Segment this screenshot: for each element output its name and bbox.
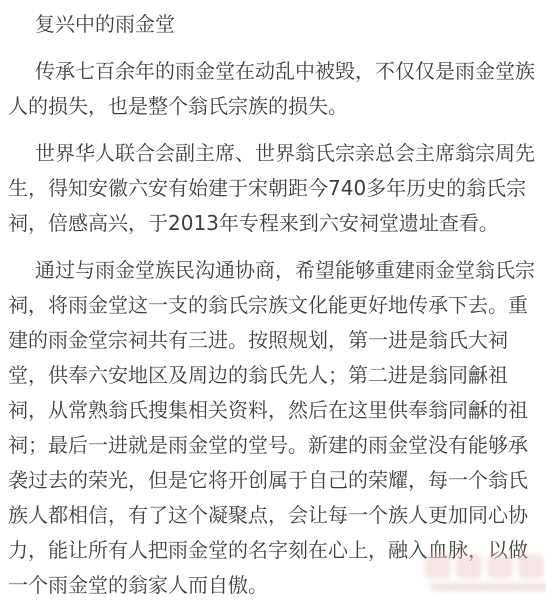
paragraph-3-line-10: 一个雨金堂的翁家人而自傲。 <box>8 568 538 603</box>
article-page: 复兴中的雨金堂 传承七百余年的雨金堂在动乱中被毁，不仅仅是雨金堂族 人的损失，也… <box>0 0 546 608</box>
paragraph-1-line-1: 传承七百余年的雨金堂在动乱中被毁，不仅仅是雨金堂族 <box>8 54 538 89</box>
paragraph-3-line-7: 袭过去的荣光，但是它将开创属于自己的荣耀，每一个翁氏 <box>8 463 538 498</box>
paragraph-2: 世界华人联合会副主席、世界翁氏宗亲总会主席翁宗周先 生，得知安徽六安有始建于宋朝… <box>8 136 538 241</box>
paragraph-2-line-3: 祠，倍感高兴，于2013年专程来到六安祠堂遗址查看。 <box>8 206 538 241</box>
paragraph-3-line-2: 祠，将雨金堂这一支的翁氏宗族文化能更好地传承下去。重 <box>8 288 538 323</box>
paragraph-3-line-8: 族人都相信，有了这个凝聚点，会让每一个族人更加同心协 <box>8 498 538 533</box>
paragraph-3-line-1: 通过与雨金堂族民沟通协商，希望能够重建雨金堂翁氏宗 <box>8 253 538 288</box>
paragraph-3-line-9: 力，能让所有人把雨金堂的名字刻在心上，融入血脉，以做 <box>8 533 538 568</box>
paragraph-2-line-1: 世界华人联合会副主席、世界翁氏宗亲总会主席翁宗周先 <box>8 136 538 171</box>
paragraph-3-line-4: 堂，供奉六安地区及周边的翁氏先人；第二进是翁同龢祖 <box>8 358 538 393</box>
paragraph-3: 通过与雨金堂族民沟通协商，希望能够重建雨金堂翁氏宗 祠，将雨金堂这一支的翁氏宗族… <box>8 253 538 603</box>
paragraph-1-line-2: 人的损失，也是整个翁氏宗族的损失。 <box>8 89 538 124</box>
paragraph-2-line-2: 生，得知安徽六安有始建于宋朝距今740多年历史的翁氏宗 <box>8 171 538 206</box>
page-title: 复兴中的雨金堂 <box>8 7 538 42</box>
paragraph-3-line-6: 祠；最后一进就是雨金堂的堂号。新建的雨金堂没有能够承 <box>8 428 538 463</box>
paragraph-3-line-3: 建的雨金堂宗祠共有三进。按照规划，第一进是翁氏大祠 <box>8 323 538 358</box>
article-title: 复兴中的雨金堂 <box>8 7 538 42</box>
paragraph-3-line-5: 祠，从常熟翁氏搜集相关资料，然后在这里供奉翁同龢的祖 <box>8 393 538 428</box>
paragraph-1: 传承七百余年的雨金堂在动乱中被毁，不仅仅是雨金堂族 人的损失，也是整个翁氏宗族的… <box>8 54 538 124</box>
